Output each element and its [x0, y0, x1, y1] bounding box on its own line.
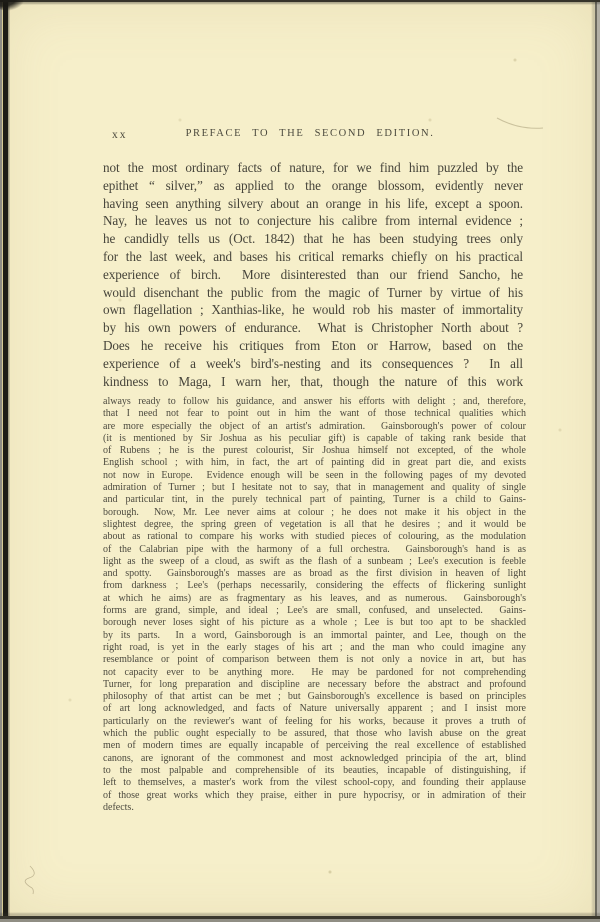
text-line: not the most ordinary facts of nature, f…	[103, 159, 523, 177]
running-title: PREFACE TO THE SECOND EDITION.	[10, 128, 600, 139]
text-line: from darkness ; Lee's (perhaps necessari…	[103, 580, 526, 592]
text-line: and spotty. Gainsborough's masses are as…	[103, 568, 526, 580]
text-line: philosophy of that artist can be met ; b…	[103, 691, 526, 703]
text-line: own flagellation ; Xanthias-like, he wou…	[103, 301, 523, 319]
text-line: for the last week, and bases his critica…	[103, 248, 523, 266]
text-line: borough never loses sight of his picture…	[103, 617, 526, 629]
text-line: to the most palpable and comprehensible …	[103, 765, 526, 777]
text-line: right road, is yet in the early stages o…	[103, 642, 526, 654]
scanned-book-page: xx PREFACE TO THE SECOND EDITION. not th…	[0, 0, 600, 922]
text-line: particularly on the reviewer's want of f…	[103, 716, 526, 728]
text-line: admiration of Turner ; but I hesitate no…	[103, 482, 526, 494]
text-line: Nay, he leaves us not to conjecture his …	[103, 212, 523, 230]
text-line: men of modern times are equally incapabl…	[103, 740, 526, 752]
text-line: (it is mentioned by Sir Joshua as his pe…	[103, 433, 526, 445]
text-line: which the public ought especially to be …	[103, 728, 526, 740]
text-line: left to themselves, a master's work from…	[103, 777, 526, 789]
text-line: about as rational to compare his works w…	[103, 531, 526, 543]
footnote-text: always ready to follow his guidance, and…	[103, 396, 526, 814]
text-line: English school ; with him, in fact, the …	[103, 457, 526, 469]
text-line: at which he aims) are as fragmentary as …	[103, 593, 526, 605]
text-line: of those great works which they praise, …	[103, 790, 526, 802]
text-line: slightest degree, the spring green of ve…	[103, 519, 526, 531]
text-line: always ready to follow his guidance, and…	[103, 396, 526, 408]
text-line: experience of a week's bird's-nesting an…	[103, 355, 523, 373]
text-line: by its parts. In a word, Gainsborough is…	[103, 630, 526, 642]
text-line: having seen anything silvery about an or…	[103, 195, 523, 213]
text-line: epithet “ silver,” as applied to the ora…	[103, 177, 523, 195]
text-line: borough. Now, Mr. Lee never aims at colo…	[103, 507, 526, 519]
text-line: would disenchant the public from the mag…	[103, 284, 523, 302]
pencil-squiggle-mark	[25, 866, 34, 894]
text-line: Turner, for long preparation and discipl…	[103, 679, 526, 691]
page-edge-bottom	[0, 912, 600, 922]
text-line: by his own powers of endurance. What is …	[103, 319, 523, 337]
text-line: not now in Europe. Evidence enough will …	[103, 470, 526, 482]
corner-smudge-top-left	[0, 0, 24, 11]
paper-crease-mark	[497, 118, 543, 128]
text-line: of Rubens ; he is the purest colourist, …	[103, 445, 526, 457]
text-line: experience of birch. More disinterested …	[103, 266, 523, 284]
text-line: Does he receive his critiques from Eton …	[103, 337, 523, 355]
main-text-paragraph: not the most ordinary facts of nature, f…	[103, 159, 523, 390]
text-line: are more especially the object of an art…	[103, 421, 526, 433]
text-line: not capacity ever to be anything more. H…	[103, 667, 526, 679]
text-line: resemblance or point of comparison betwe…	[103, 654, 526, 666]
text-line: light as the sweep of a cloud, as swift …	[103, 556, 526, 568]
text-line: that I need not fear to point out in him…	[103, 408, 526, 420]
text-line: forms are grand, simple, and ideal ; Lee…	[103, 605, 526, 617]
text-line: canons, are ignorant of the commonest an…	[103, 753, 526, 765]
text-line: kindness to Maga, I warn her, that, thou…	[103, 373, 523, 391]
page-edge-top	[0, 0, 600, 5]
text-line: of art long acknowledged, and facts of N…	[103, 703, 526, 715]
text-line: and particular tint, in the purely techn…	[103, 494, 526, 506]
text-line: of the Calabrian pipe with the harmony o…	[103, 544, 526, 556]
running-header: xx PREFACE TO THE SECOND EDITION.	[0, 128, 600, 144]
text-line: defects.	[103, 802, 526, 814]
text-line: he candidly tells us (Oct. 1842) that he…	[103, 230, 523, 248]
